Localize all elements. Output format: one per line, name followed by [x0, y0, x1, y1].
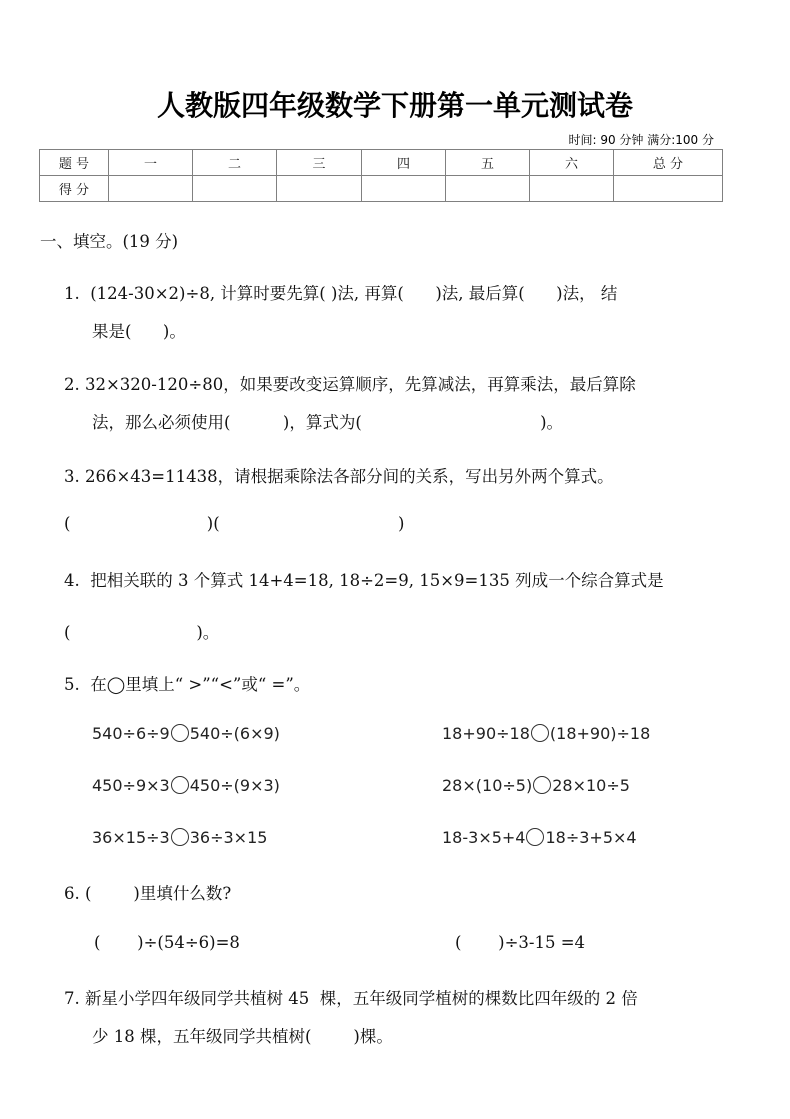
compare-circle-blank[interactable]	[171, 724, 189, 742]
compare-left: 28×(10÷5)	[442, 776, 532, 795]
score-table-score-row: 得 分	[40, 176, 723, 202]
score-cell[interactable]	[109, 176, 193, 202]
header-cell: 题 号	[40, 150, 109, 176]
compare-right: 18÷3+5×4	[545, 828, 636, 847]
score-cell[interactable]	[446, 176, 530, 202]
compare-right: 450÷(9×3)	[190, 776, 280, 795]
compare-left: 18-3×5+4	[442, 828, 525, 847]
compare-left: 18+90÷18	[442, 724, 530, 743]
header-cell: 五	[446, 150, 530, 176]
exam-meta: 时间: 90 分钟 满分:100 分	[568, 131, 714, 148]
question-7-line-2: 少 18 棵，五年级同学共植树( )棵。	[92, 1023, 393, 1047]
question-6-equation-b: ( )÷3-15 =4	[455, 933, 585, 952]
header-cell: 六	[530, 150, 614, 176]
score-table-header-row: 题 号 一 二 三 四 五 六 总 分	[40, 150, 723, 176]
compare-left: 450÷9×3	[92, 776, 170, 795]
question-3-line-1: 3. 266×43=11438，请根据乘除法各部分间的关系，写出另外两个算式。	[64, 463, 614, 487]
compare-right: 540÷(6×9)	[190, 724, 280, 743]
compare-circle-blank[interactable]	[531, 724, 549, 742]
question-7-line-1: 7. 新星小学四年级同学共植树 45 棵，五年级同学植树的棵数比四年级的 2 倍	[64, 985, 638, 1009]
compare-item: 36×15÷336÷3×15	[92, 828, 267, 847]
question-2-line-1: 2. 32×320-120÷80，如果要改变运算顺序，先算减法，再算乘法，最后算…	[64, 371, 636, 395]
compare-right: (18+90)÷18	[550, 724, 650, 743]
score-table: 题 号 一 二 三 四 五 六 总 分 得 分	[39, 149, 723, 202]
question-3-answer-line: ( )( )	[64, 514, 404, 533]
compare-item: 540÷6÷9540÷(6×9)	[92, 724, 280, 743]
compare-circle-blank[interactable]	[533, 776, 551, 794]
question-4-line-1: 4. 把相关联的 3 个算式 14+4=18, 18÷2=9, 15×9=135…	[64, 567, 664, 591]
score-cell[interactable]	[193, 176, 277, 202]
compare-circle-blank[interactable]	[526, 828, 544, 846]
compare-circle-blank[interactable]	[171, 828, 189, 846]
header-cell: 总 分	[614, 150, 723, 176]
question-4-answer-line: ( )。	[64, 619, 219, 643]
score-cell[interactable]	[362, 176, 446, 202]
score-cell[interactable]	[530, 176, 614, 202]
header-cell: 四	[362, 150, 446, 176]
question-2-line-2: 法，那么必须使用( )，算式为( )。	[92, 409, 563, 433]
page-title: 人教版四年级数学下册第一单元测试卷	[0, 84, 790, 124]
compare-right: 28×10÷5	[552, 776, 630, 795]
compare-left: 540÷6÷9	[92, 724, 170, 743]
score-cell[interactable]	[277, 176, 362, 202]
question-5-line-1: 5. 在◯里填上“ >”“<”或“ =”。	[64, 671, 310, 695]
compare-right: 36÷3×15	[190, 828, 268, 847]
question-6-equation-a: ( )÷(54÷6)=8	[94, 933, 240, 952]
header-cell: 三	[277, 150, 362, 176]
compare-left: 36×15÷3	[92, 828, 170, 847]
score-cell[interactable]	[614, 176, 723, 202]
compare-item: 450÷9×3450÷(9×3)	[92, 776, 280, 795]
compare-item: 28×(10÷5)28×10÷5	[442, 776, 630, 795]
question-6-line-1: 6. ( )里填什么数?	[64, 880, 231, 904]
compare-circle-blank[interactable]	[171, 776, 189, 794]
score-row-label: 得 分	[40, 176, 109, 202]
header-cell: 二	[193, 150, 277, 176]
compare-item: 18+90÷18(18+90)÷18	[442, 724, 650, 743]
question-1-line-1: 1. (124-30×2)÷8, 计算时要先算( )法, 再算( )法, 最后算…	[64, 280, 617, 304]
section-heading: 一、填空。(19 分)	[40, 228, 178, 252]
question-1-line-2: 果是( )。	[92, 318, 186, 342]
header-cell: 一	[109, 150, 193, 176]
compare-item: 18-3×5+418÷3+5×4	[442, 828, 637, 847]
